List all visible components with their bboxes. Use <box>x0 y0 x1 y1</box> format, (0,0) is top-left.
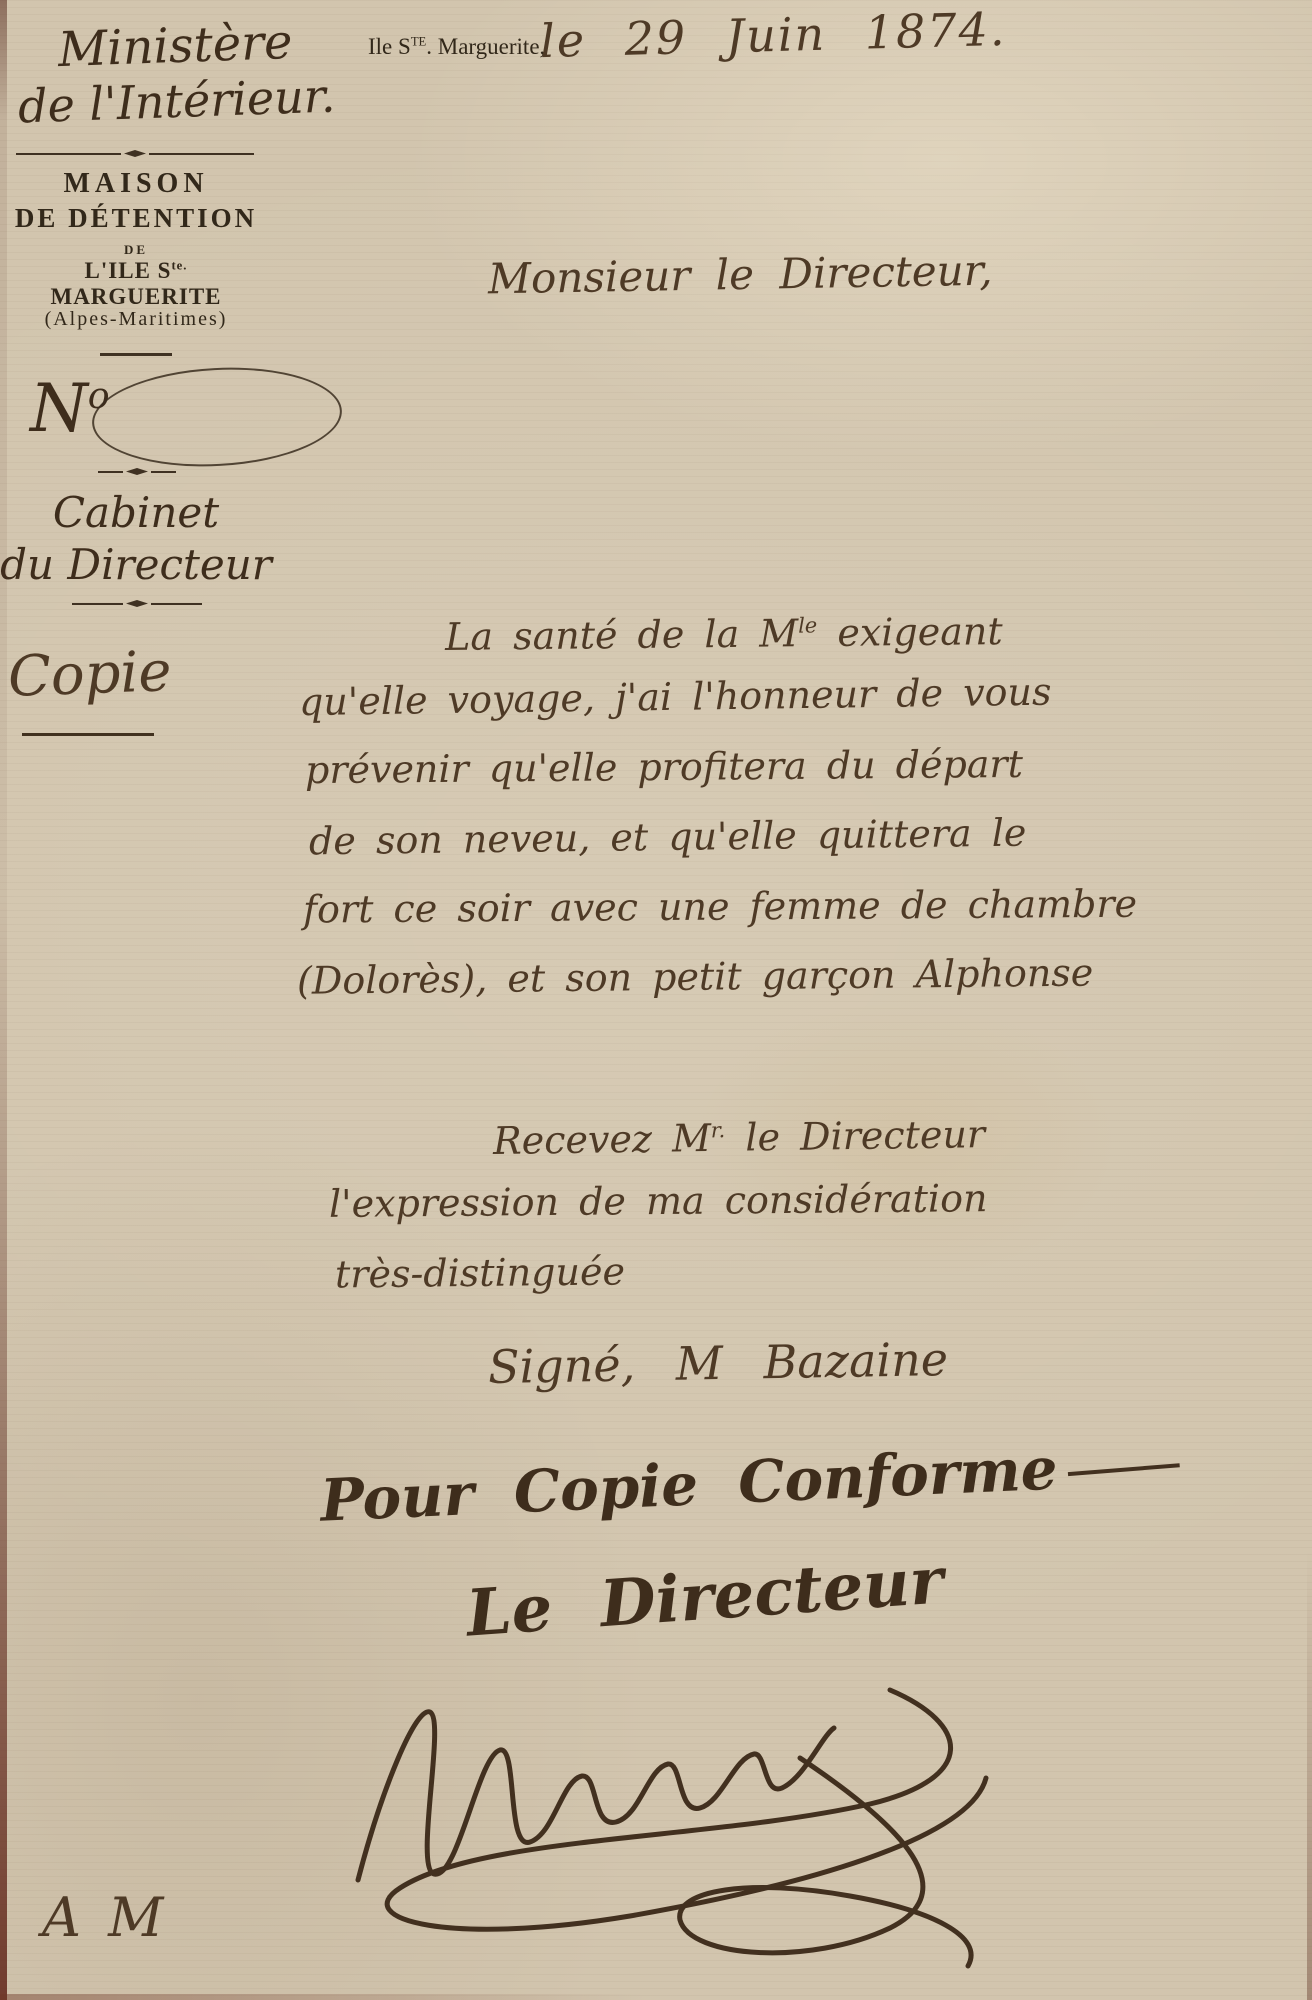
body-sup: le <box>798 613 817 637</box>
place-printed: Ile STE. Marguerite, <box>368 34 545 60</box>
body-line: prévenir qu'elle profitera du départ <box>293 729 1034 805</box>
body-paragraph: La santé de la Mle exigeant qu'elle voya… <box>293 592 1033 1012</box>
pen-flourish-dash <box>1068 1463 1180 1476</box>
body-text: La santé de la M <box>445 611 799 659</box>
closing-text: Recevez M <box>493 1116 711 1163</box>
scan-edge-bottom <box>0 1994 760 2000</box>
office-line1: Cabinet <box>0 488 272 537</box>
certification-text: Pour Copie Conforme <box>319 1435 1059 1535</box>
divider-line <box>151 603 202 605</box>
archivist-initials: A M <box>42 1886 163 1949</box>
divider-line <box>151 471 176 473</box>
ornament-divider-top <box>16 150 254 157</box>
short-divider <box>100 353 172 356</box>
ministry-name-line1: Ministère <box>57 14 293 78</box>
island-text-pre: L'ILE S <box>85 258 172 283</box>
institution-line3: DE <box>0 242 272 258</box>
body-line: fort ce soir avec une femme de chambre <box>293 869 1033 944</box>
letter-page: Ministère de l'Intérieur. MAISON DE DÉTE… <box>0 0 1312 2000</box>
director-signature <box>330 1628 1010 1978</box>
copy-label: Copie <box>7 639 173 710</box>
closing-text: le Directeur <box>725 1112 985 1160</box>
office-line2: du Directeur <box>0 540 272 589</box>
ornament-divider-number <box>98 468 176 475</box>
institution-line2: DE DÉTENTION <box>0 203 272 234</box>
diamond-ornament-icon <box>126 600 148 607</box>
body-line: qu'elle voyage, j'ai l'honneur de vous <box>293 657 1034 737</box>
institution-line1: MAISON <box>0 168 272 200</box>
island-text-sup: te. <box>171 258 187 272</box>
closing-line: très-distinguée <box>293 1232 1034 1310</box>
body-line: La santé de la Mle exigeant <box>293 588 1034 666</box>
place-text-post: . Marguerite, <box>426 34 545 59</box>
ornament-divider-office <box>72 600 202 607</box>
body-line: (Dolorès), et son petit garçon Alphonse <box>293 938 1034 1016</box>
body-text: exigeant <box>817 609 1003 655</box>
divider-line <box>16 153 121 155</box>
diamond-ornament-icon <box>124 150 146 157</box>
copy-underline <box>22 733 154 736</box>
divider-line <box>149 153 254 155</box>
closing-paragraph: Recevez Mr. le Directeur l'expression de… <box>293 1096 1033 1306</box>
closing-sup: r. <box>711 1118 726 1142</box>
department-label: (Alpes-Maritimes) <box>0 308 272 331</box>
divider-line <box>98 471 123 473</box>
ministry-name-line2: de l'Intérieur. <box>17 68 336 133</box>
place-text-pre: Ile S <box>368 34 411 59</box>
blank-number-oval <box>90 362 345 473</box>
divider-line <box>72 603 123 605</box>
closing-line: Recevez Mr. le Directeur <box>293 1091 1034 1171</box>
diamond-ornament-icon <box>126 468 148 475</box>
salutation: Monsieur le Directeur, <box>488 246 993 304</box>
scan-edge-left <box>0 0 7 2000</box>
copy-certification: Pour Copie Conforme <box>319 1429 1181 1534</box>
institution-island-line: L'ILE Ste. MARGUERITE <box>0 258 272 310</box>
body-line: de son neveu, et qu'elle quittera le <box>293 797 1034 876</box>
date-handwritten: le 29 Juin 1874. <box>539 2 1007 68</box>
island-text-post: MARGUERITE <box>50 284 221 309</box>
place-text-sup: TE <box>411 34 426 48</box>
number-text: N <box>30 370 88 447</box>
signed-by-line: Signé, M Bazaine <box>488 1332 949 1394</box>
closing-line: l'expression de ma considération <box>293 1163 1034 1239</box>
scan-edge-right <box>1307 1550 1312 2000</box>
